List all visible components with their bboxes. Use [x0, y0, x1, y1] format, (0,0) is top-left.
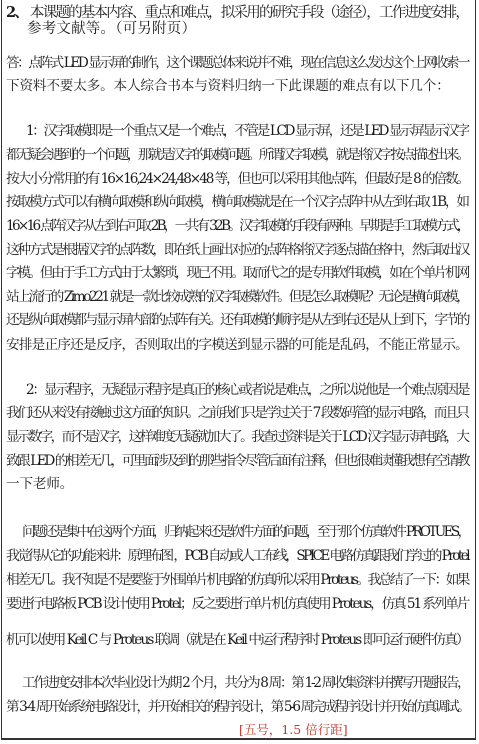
point2-line: 2：显示程序，无疑显示程序是真正的核心或者说是难点，之所以说他是一个难点原因是 [26, 381, 468, 399]
point3-line: 机可以使用 Keil C 与 Proteus 联调（就是在 Keil 中运行程序… [6, 631, 468, 649]
point1-line: 16×16 点阵汉字从左到右可取 2B，一共有 32B。汉字取模的手段有两种。早… [6, 217, 468, 235]
section-number: 2、 [6, 4, 27, 21]
section-heading-line2: 参考文献等。（可另附页） [27, 20, 196, 38]
page-border [1, 0, 476, 740]
point3-line: 问题还是集中在这两个方面，归纳起来还是软件方面的问题，至于那个仿真软件 PROT… [22, 523, 468, 541]
schedule-line: 第 3-4 周开始系统电路设计，并开始相关的程序设计，第 5-6 周完成程序设计… [6, 698, 468, 716]
point2-line: 致跟 LED 的相差无几，可里面涉及到的那些指令尽管后面有注释，但也很难读懂我想… [6, 452, 468, 470]
point1-line: 都无疑会遇到的一个问题，那就是汉字的取模问题。所谓汉字取模，就是将汉字按点描述出… [6, 146, 468, 164]
intro-line: 答：点阵式 LED 显示屏的制作，这个课题总体来说并不难，现在信息这么发达这个上… [6, 54, 468, 72]
point3-line: 要进行电路板 PCB 设计使用 Protel；反之要进行单片机仿真使用 Prot… [6, 595, 468, 613]
point1-line: 这种方式是根据汉字的点阵数，即在纸上画出对应的点阵格将汉字逐点描在格中，然后取出… [6, 241, 468, 259]
point1-line: 安排是正序还是反序，否则取出的字模送到显示器的可能是乱码，不能正常显示。 [6, 336, 468, 354]
heading-text: 本课题的基本内容、重点和难点，拟采用的研究手段（途径），工作进度安排， [30, 5, 468, 21]
point1-line: 按大小分常用的有 16×16,24×24,48×48 等，但也可以采用其他点阵，… [6, 170, 468, 188]
point1-line: 按取模方式可以有横向取模和纵向取模，横向取模就是在一个汉字点阵中从左到右取 1B… [6, 193, 468, 211]
point3-line: 我觉得从它的功能来讲：原理布图 ，PCB 自动或人工布线，SPICE 电路仿真跟… [6, 547, 468, 565]
point3-line: 相差无几。我不知是不是要鉴于外围单片机电路的仿真所以采用 Proteus。我总结… [6, 571, 468, 589]
schedule-line: 工作进度安排本次毕业设计为期 2 个月，共分为 8 周：第 1-2 周收集资料并… [22, 674, 468, 692]
point1-line: 站上流行的 Zimo221 就是一款比较成熟的汉字取模软件。但是怎么取模呢？无论… [6, 288, 468, 306]
point1-line: 还是纵向取模都与显示屏内部的点阵有关。还有取模的顺序是从左到右还是从上到下，字节… [6, 311, 468, 329]
point2-line: 显示数字，而不是汉字，这样难度无疑就加大了。我查过资料是关于 LCD 汉字显示屏… [6, 428, 468, 446]
point2-line: 我们还从来没有接触过这方面的知识。之前我们只是学过关于 7 段数码管的显示电路，… [6, 404, 468, 422]
point2-line: 一下老师。 [6, 475, 73, 493]
point1-line: 字模。但由于手工方式由于太繁琐，现已不用。取而代之的是专用软件取模，如在个单片机… [6, 264, 468, 282]
format-note: [五号，1.5 倍行距] [239, 720, 348, 738]
point1-line: 1：汉字取模即是一个重点又是一个难点，不管是 LCD 显示屏，还是 LED 显示… [26, 122, 468, 140]
intro-line: 下资料不要太多。本人综合书本与资料归纳一下此课题的难点有以下几个： [6, 77, 450, 95]
